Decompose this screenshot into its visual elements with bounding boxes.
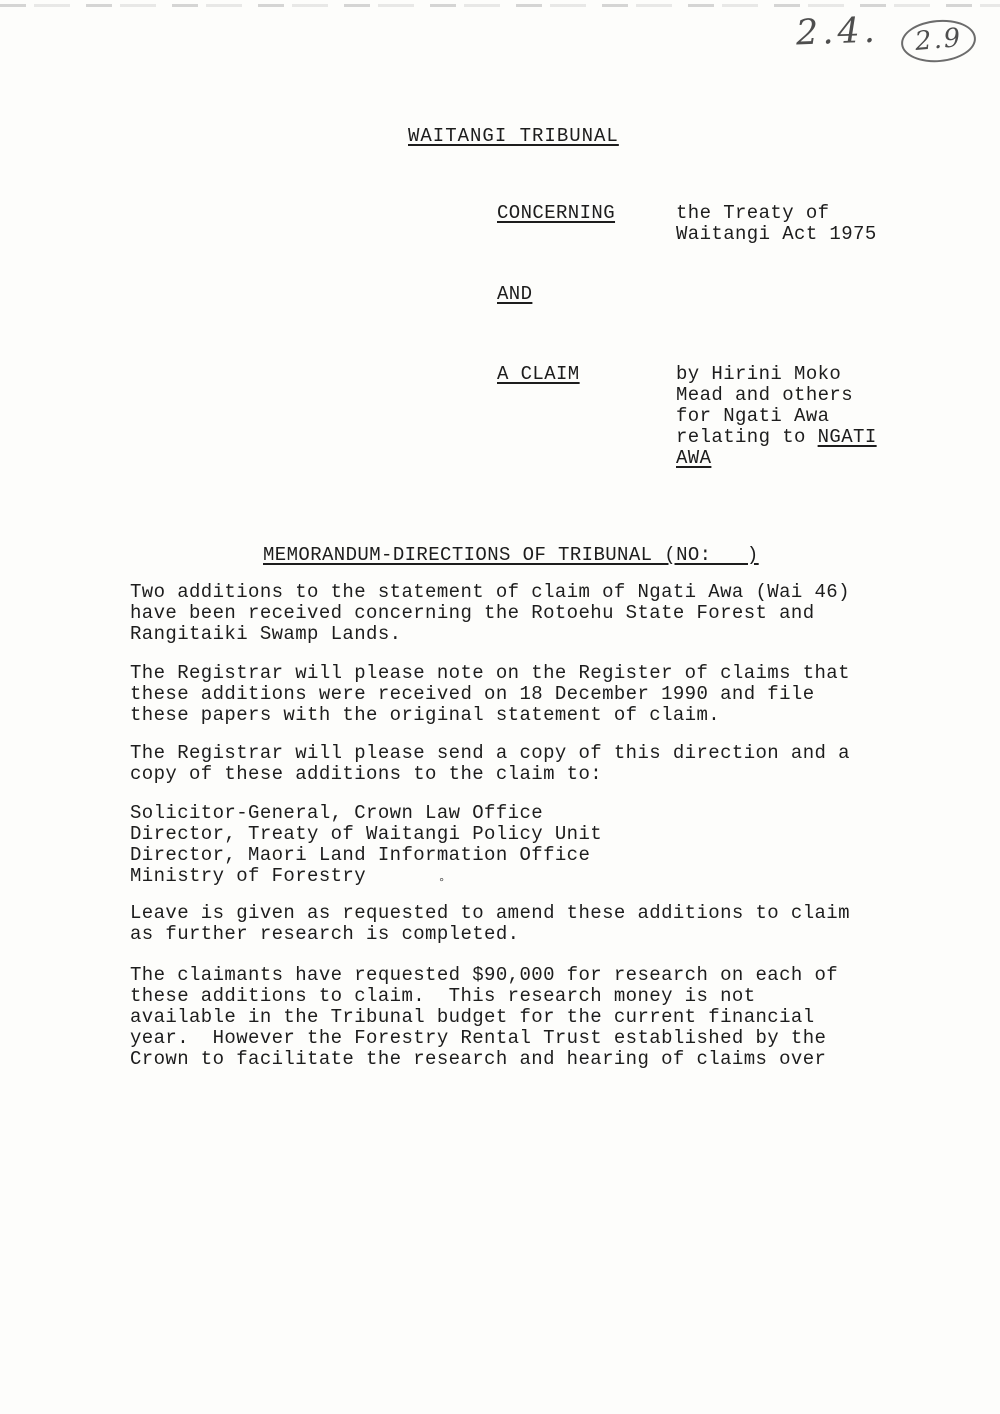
document-page: 2.4. 2.9 WAITANGI TRIBUNAL CONCERNING th…	[0, 0, 1000, 1414]
paragraph-registrar-send: The Registrar will please send a copy of…	[130, 743, 895, 785]
caption-value-a-claim: by Hirini Moko Mead and others for Ngati…	[676, 364, 877, 469]
handwritten-filing-number: 2.4.	[795, 11, 879, 54]
recipients-list: Solicitor-General, Crown Law Office Dire…	[130, 803, 895, 887]
paragraph-additions-received: Two additions to the statement of claim …	[130, 582, 895, 645]
scan-speck-artifact: °	[438, 876, 445, 890]
handwritten-circled-number: 2.9	[899, 17, 978, 65]
document-title: WAITANGI TRIBUNAL	[408, 126, 619, 147]
memorandum-heading: MEMORANDUM-DIRECTIONS OF TRIBUNAL (NO: )	[263, 545, 759, 566]
caption-label-concerning: CONCERNING	[497, 203, 615, 224]
caption-value-concerning: the Treaty of Waitangi Act 1975	[676, 203, 877, 245]
paragraph-leave-given: Leave is given as requested to amend the…	[130, 903, 895, 945]
paragraph-research-funding: The claimants have requested $90,000 for…	[130, 965, 895, 1070]
paragraph-registrar-note: The Registrar will please note on the Re…	[130, 663, 895, 726]
photocopy-edge-artifact	[0, 4, 1000, 7]
caption-label-and: AND	[497, 284, 532, 305]
caption-label-a-claim: A CLAIM	[497, 364, 580, 385]
